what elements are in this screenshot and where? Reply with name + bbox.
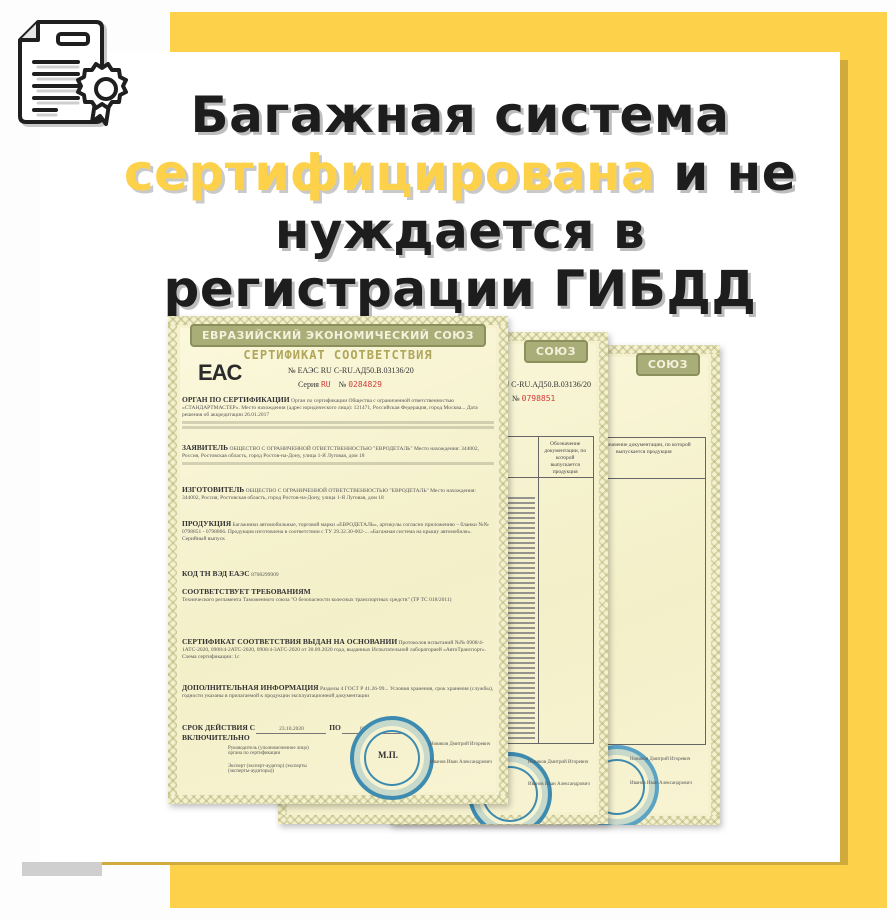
head-label: Руководитель (уполномоченное лицо) орган…	[228, 746, 318, 756]
certificate-main: ЕВРАЗИЙСКИЙ ЭКОНОМИЧЕСКИЙ СОЮЗ СЕРТИФИКА…	[168, 316, 508, 804]
section-manufacturer: ИЗГОТОВИТЕЛЬ ОБЩЕСТВО С ОГРАНИЧЕННОЙ ОТВ…	[182, 486, 494, 502]
cert-reg-number: RU C-RU.АД50.В.03136/20	[498, 380, 591, 389]
section-issued-basis: СЕРТИФИКАТ СООТВЕТСТВИЯ ВЫДАН НА ОСНОВАН…	[182, 638, 494, 661]
section-hs-code: КОД ТН ВЭД ЕАЭС 8708299909	[182, 570, 494, 579]
expert-label: Эксперт (эксперт-аудитор) (эксперты (экс…	[228, 764, 318, 774]
cert-serial: № 0798851	[512, 394, 555, 403]
cert-serial: Серия RU № 0284829	[298, 380, 382, 389]
head-signature-name: Новиков Дмитрий Игоревич	[630, 757, 690, 762]
expert-signature-name: Иванов Иван Александрович	[630, 781, 692, 786]
cert-appendix-table: Обозначение документации, по которой вып…	[503, 436, 594, 744]
section-additional-info: ДОПОЛНИТЕЛЬНАЯ ИНФОРМАЦИЯ Разделы 4 ГОСТ…	[182, 684, 494, 700]
headline-line-4: регистрации ГИБДД	[100, 260, 820, 318]
cert-banner: ЕВРАЗИЙСКИЙ ЭКОНОМИЧЕСКИЙ СОЮЗ	[190, 324, 486, 347]
headline-line-3: нуждается в	[100, 202, 820, 260]
eac-mark: EAC	[198, 360, 241, 386]
headline-line-2: сертифицирована и не	[100, 144, 820, 202]
headline-accent: сертифицирована	[124, 144, 655, 202]
headline: Багажная система сертифицирована и не ну…	[100, 86, 820, 318]
cert-banner: СОЮЗ	[636, 353, 700, 376]
section-certification-body: ОРГАН ПО СЕРТИФИКАЦИИ Орган по сертифика…	[182, 396, 494, 431]
seal-label: М.П.	[378, 750, 398, 760]
validity-period: СРОК ДЕЙСТВИЯ С 23.10.2020 ПО 02.10.2025…	[182, 724, 494, 743]
cert-reg-number: № ЕАЭС RU C-RU.АД50.В.03136/20	[288, 366, 414, 375]
table-header: Обозначение документации, по которой вып…	[541, 441, 589, 476]
headline-line-2-rest: и не	[655, 144, 796, 202]
section-applicant: ЗАЯВИТЕЛЬ ОБЩЕСТВО С ОГРАНИЧЕННОЙ ОТВЕТС…	[182, 444, 494, 467]
section-complies: СООТВЕТСТВУЕТ ТРЕБОВАНИЯМТехнического ре…	[182, 588, 494, 604]
headline-line-1: Багажная система	[100, 86, 820, 144]
expert-signature-name: Иванов Иван Александрович	[430, 760, 492, 765]
expert-signature-name: Иванов Иван Александрович	[528, 782, 590, 787]
product-codes	[508, 497, 535, 739]
section-product: ПРОДУКЦИЯ Багажники автомобильные, торго…	[182, 520, 494, 543]
cert-banner: СОЮЗ	[524, 340, 588, 363]
head-signature-name: Новиков Дмитрий Игоревич	[430, 742, 490, 747]
head-signature-name: Новиков Дмитрий Игоревич	[528, 760, 588, 765]
gray-strip	[22, 862, 102, 876]
